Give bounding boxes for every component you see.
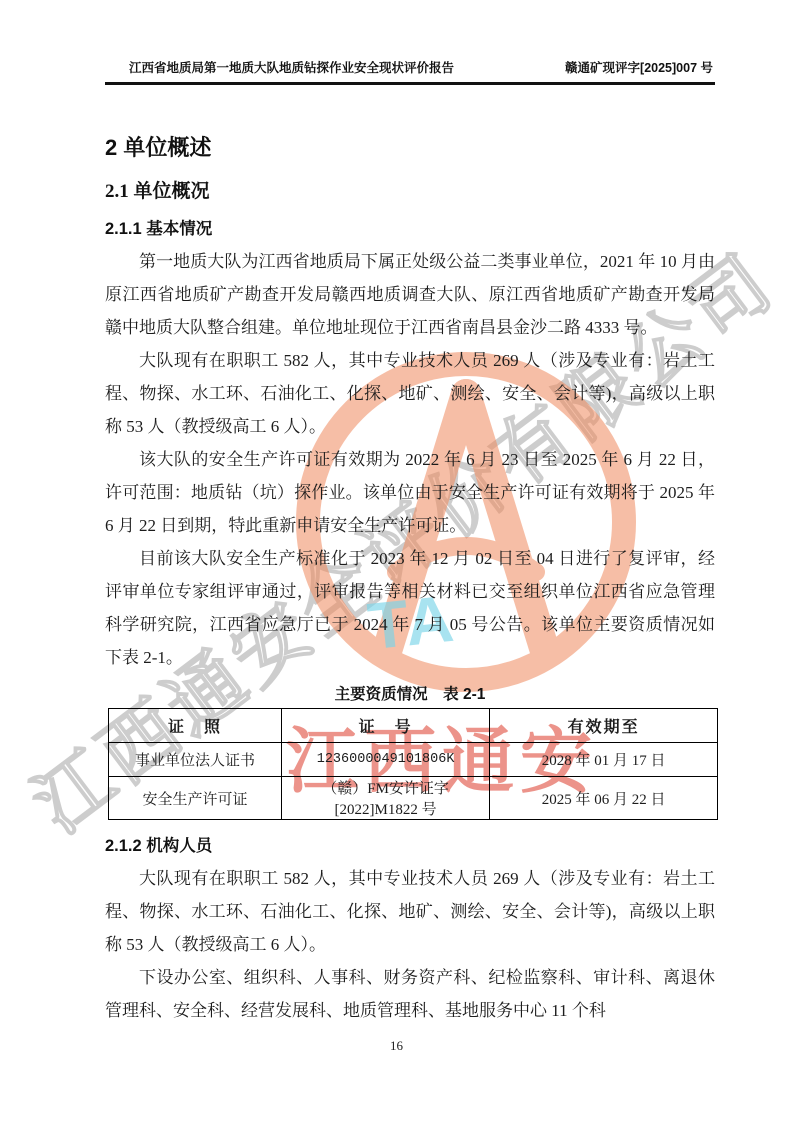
page-content: 江西省地质局第一地质大队地质钻探作业安全现状评价报告 赣通矿现评字[2025]0… bbox=[0, 58, 793, 1027]
paragraph-standardization-review: 目前该大队安全生产标准化于 2023 年 12 月 02 日至 04 日进行了复… bbox=[105, 542, 715, 674]
table-header-valid-until: 有效期至 bbox=[490, 709, 718, 743]
paragraph-staff-overview-repeat: 大队现有在职职工 582 人，其中专业技术人员 269 人（涉及专业有：岩土工程… bbox=[105, 862, 715, 961]
cell-certificate-number: （赣）FM安许证字[2022]M1822 号 bbox=[281, 777, 489, 820]
cell-certificate-name: 事业单位法人证书 bbox=[109, 743, 282, 777]
subsection-heading-personnel: 2.1.2 机构人员 bbox=[105, 832, 715, 856]
cell-certificate-name: 安全生产许可证 bbox=[109, 777, 282, 820]
chapter-heading: 2 单位概述 bbox=[105, 131, 715, 162]
cell-certificate-number: 1236000049101806K bbox=[281, 743, 489, 777]
subsection-heading-basic-info: 2.1.1 基本情况 bbox=[105, 215, 715, 239]
cell-valid-until: 2025 年 06 月 22 日 bbox=[490, 777, 718, 820]
page-number: 16 bbox=[0, 1038, 793, 1054]
document-page: 江西通安全评价有限公司 TA 江西通安 江西省地质局第一地质大队地质钻探作业安全… bbox=[0, 0, 793, 1122]
paragraph-unit-formation: 第一地质大队为江西省地质局下属正处级公益二类事业单位，2021 年 10 月由原… bbox=[105, 245, 715, 344]
cell-valid-until: 2028 年 01 月 17 日 bbox=[490, 743, 718, 777]
table-caption: 主要资质情况 表 2-1 bbox=[105, 682, 715, 704]
table-header-number: 证 号 bbox=[281, 709, 489, 743]
header-document-number: 赣通矿现评字[2025]007 号 bbox=[565, 58, 713, 76]
header-report-title: 江西省地质局第一地质大队地质钻探作业安全现状评价报告 bbox=[129, 58, 454, 76]
section-heading: 2.1 单位概况 bbox=[105, 176, 715, 203]
paragraph-departments: 下设办公室、组织科、人事科、财务资产科、纪检监察科、审计科、离退休管理科、安全科… bbox=[105, 961, 715, 1027]
table-row: 安全生产许可证 （赣）FM安许证字[2022]M1822 号 2025 年 06… bbox=[109, 777, 718, 820]
qualification-table: 证 照 证 号 有效期至 事业单位法人证书 1236000049101806K … bbox=[108, 708, 718, 820]
table-header-certificate: 证 照 bbox=[109, 709, 282, 743]
paragraph-license-validity: 该大队的安全生产许可证有效期为 2022 年 6 月 23 日至 2025 年 … bbox=[105, 443, 715, 542]
table-header-row: 证 照 证 号 有效期至 bbox=[109, 709, 718, 743]
paragraph-staff-overview: 大队现有在职职工 582 人，其中专业技术人员 269 人（涉及专业有：岩土工程… bbox=[105, 344, 715, 443]
page-header: 江西省地质局第一地质大队地质钻探作业安全现状评价报告 赣通矿现评字[2025]0… bbox=[105, 58, 715, 85]
table-row: 事业单位法人证书 1236000049101806K 2028 年 01 月 1… bbox=[109, 743, 718, 777]
